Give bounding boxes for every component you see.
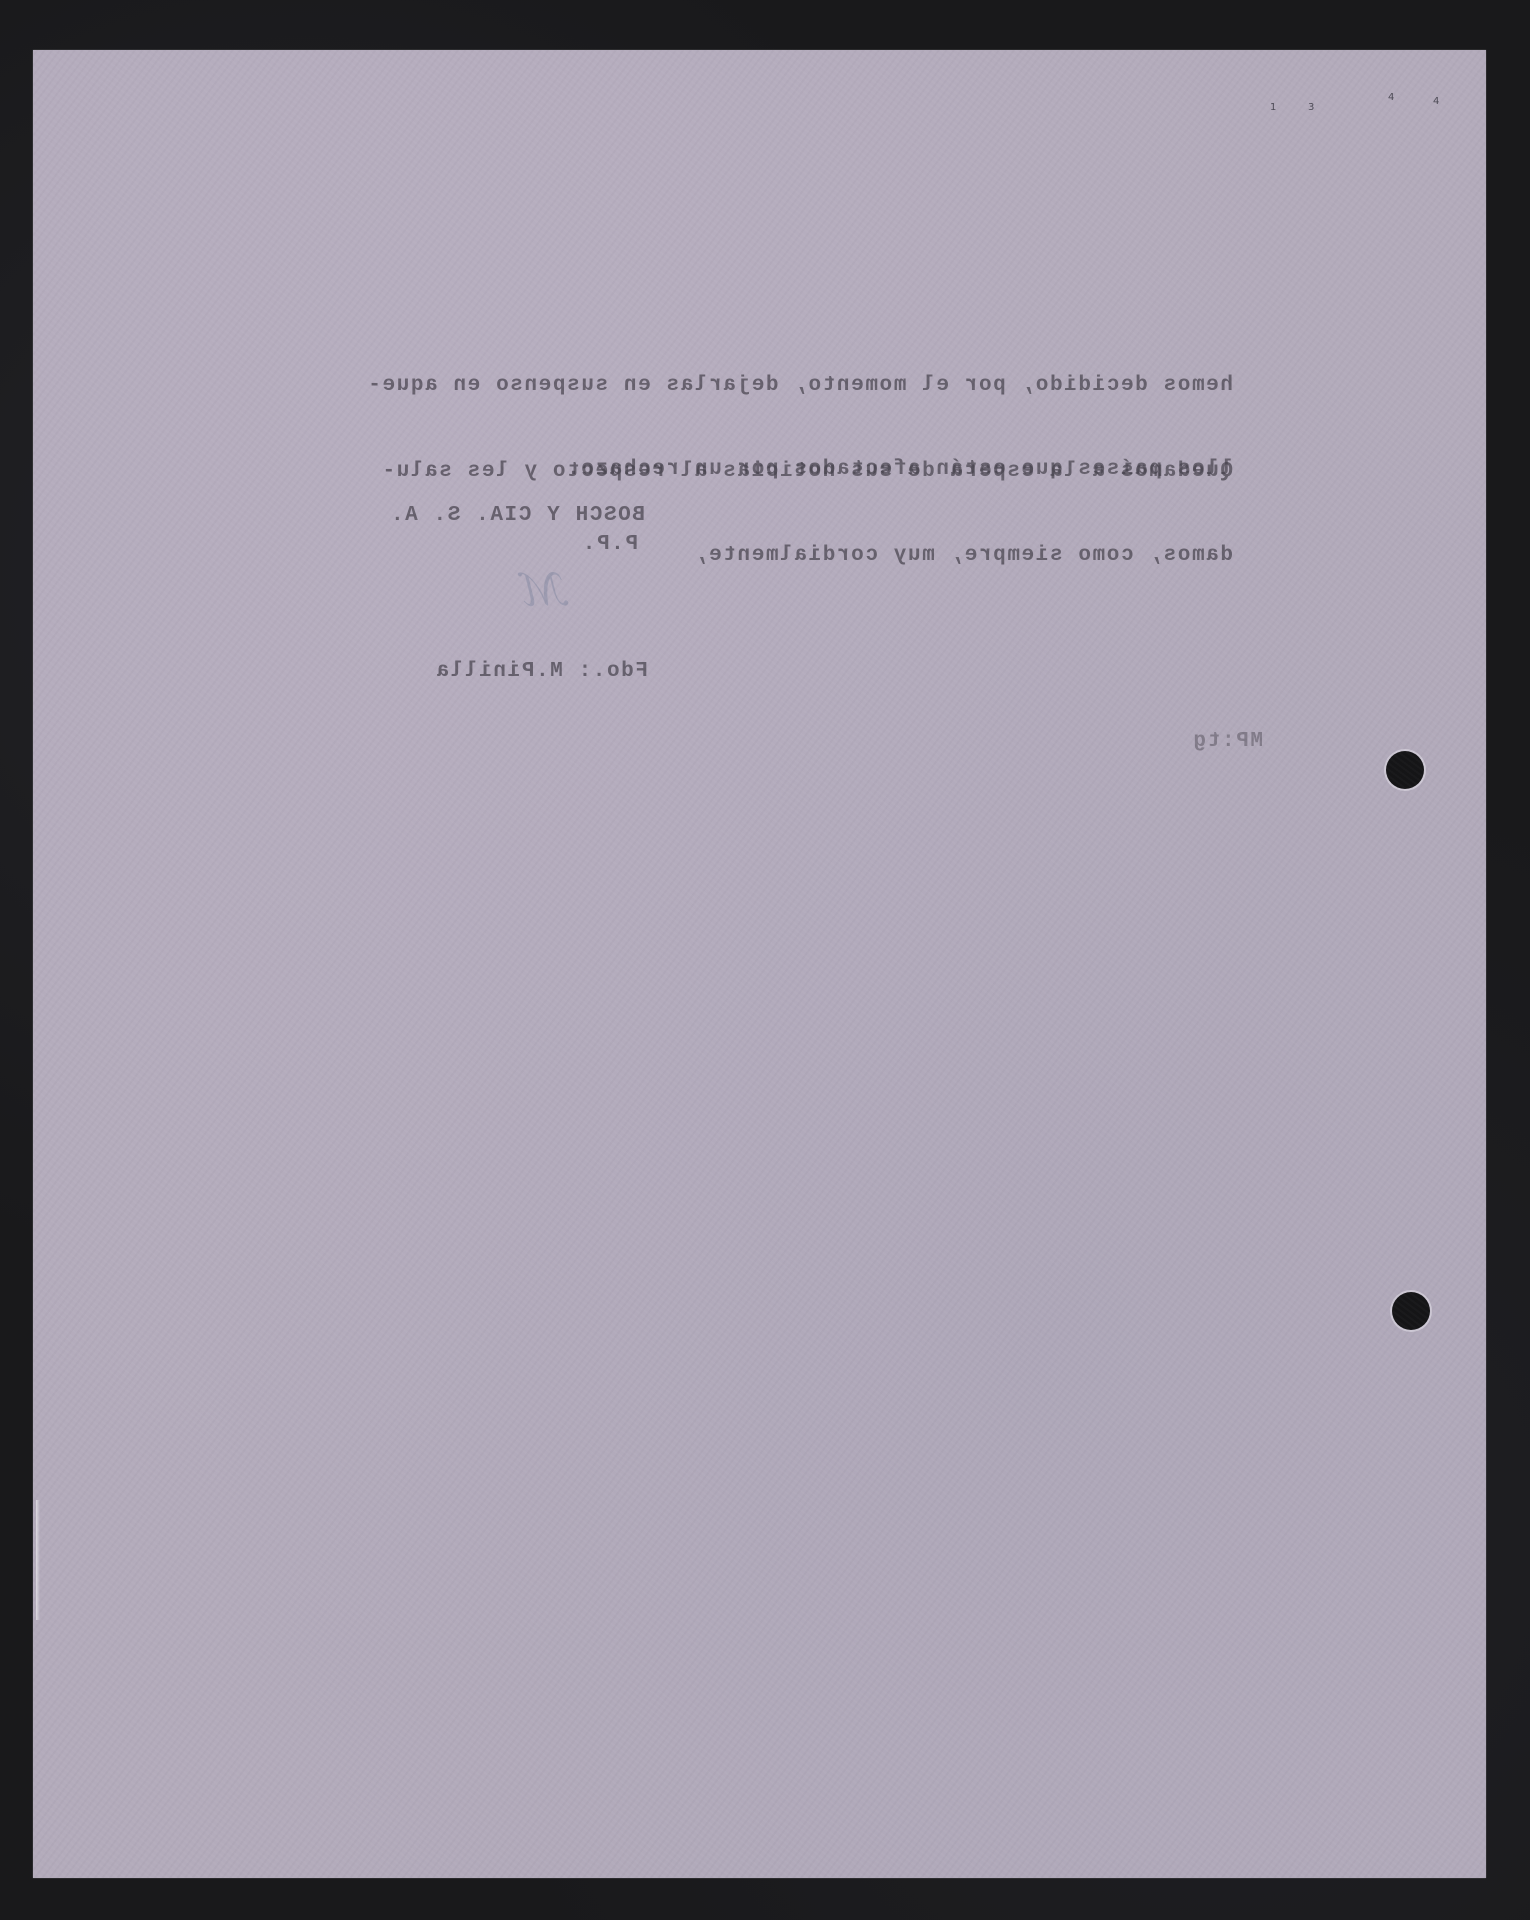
- corner-mark-2: 3: [1308, 102, 1314, 113]
- handwritten-initials: ℳ: [523, 565, 570, 616]
- per-procurationem: P.P.: [578, 531, 638, 559]
- corner-mark-3: 4: [1388, 92, 1394, 103]
- paper-edge-crease: [36, 1500, 40, 1620]
- punch-hole-top: [1386, 751, 1424, 789]
- signed-by: Fdo.: M.Pinilla: [353, 658, 648, 686]
- letter-page: hemos decidido, por el momento, dejarlas…: [33, 50, 1486, 1878]
- corner-mark-4: 4: [1433, 96, 1439, 107]
- reference-initials: MP:tg: [1173, 728, 1263, 756]
- punch-hole-bottom: [1392, 1292, 1430, 1330]
- company-name: BOSCH Y CIA. S. A.: [305, 502, 645, 530]
- paragraph-2-line-2: damos, como siempre, muy cordialmente,: [213, 542, 1233, 570]
- paragraph-1-line-1: hemos decidido, por el momento, dejarlas…: [213, 372, 1233, 400]
- corner-mark-1: 1: [1270, 102, 1276, 113]
- paragraph-2-line-1: Quedamos a la espera de sus noticias al …: [213, 458, 1233, 486]
